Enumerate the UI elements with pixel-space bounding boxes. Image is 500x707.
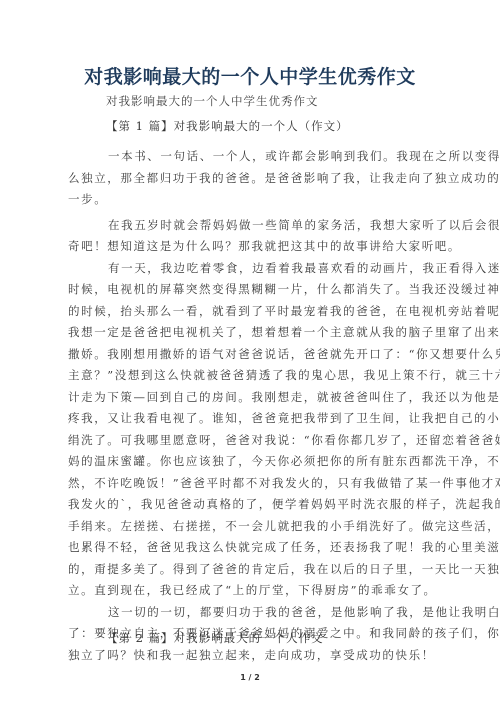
paragraph-line: 奇吧！想知道这是为什么吗？那我就把这其中的故事讲给大家听吧。 [68,236,438,258]
paragraph-line: 计走为下策—回到自己的房间。我刚想走，就被爸爸叫住了，我还以为他是心 [68,387,438,409]
section-heading-1: 【第 1 篇】对我影响最大的一个人（作文） [106,118,349,134]
paragraph-line: 立。直到现在，我已经成了“上的厅堂，下得厨房”的乖乖女了。 [68,580,438,602]
paragraph-line: 绢洗了。可我哪里愿意呀，爸爸对我说：“你看你都几岁了，还留恋着爸爸妈 [68,430,438,452]
paragraph-line: 的，甭提多美了。得到了爸爸的肯定后，我在以后的日子里，一天比一天独 [68,559,438,581]
paragraph-line: 疼我，又让我看电视了。谁知，爸爸竟把我带到了卫生间，让我把自己的小手 [68,408,438,430]
paragraph-line: 这一切的一切，都要归功于我的爸爸，是他影响了我，是他让我明白 [68,602,438,624]
paragraph-line: 独立了吗？快和我一起独立起来，走向成功，享受成功的快乐！ [68,645,438,667]
section-heading-2: 【第 2 篇】对我影响最大的一个人作文 [106,630,324,646]
document-title: 对我影响最大的一个人中学生优秀作文 [0,62,500,89]
paragraph-line: 一本书、一句话、一个人，或许都会影响到我们。我现在之所以变得这 [68,146,438,168]
paragraph-line: 手绢来。左搓搓、右搓搓，不一会儿就把我的小手绢洗好了。做完这些活，我 [68,516,438,538]
paragraph-line: 一步。 [68,189,438,211]
paragraph-line: 的时候，抬头那么一看，就看到了平时最宠着我的爸爸，在电视机旁站着呢。 [68,301,438,323]
paragraph-line: 妈的温床蜜罐。你也应该独了，今天你必须把你的所有脏东西都洗干净，不 [68,451,438,473]
paragraph-line: 我想一定是爸爸把电视机关了，想着想着一个主意就从我的脑子里窜了出来： [68,322,438,344]
paragraph-line: 么独立，那全都归功于我的爸爸。是爸爸影响了我，让我走向了独立成功的第 [68,168,438,190]
essay-body: 一本书、一句话、一个人，或许都会影响到我们。我现在之所以变得这 么独立，那全都归… [68,146,438,666]
paragraph-line: 撒娇。我刚想用撒娇的语气对爸爸说话，爸爸就先开口了：“你又想要什么鬼 [68,344,438,366]
paragraph-line: 也累得不轻，爸爸见我这么快就完成了任务，还表扬我了呢！我的心里美滋滋 [68,537,438,559]
paragraph-line: 在我五岁时就会帮妈妈做一些简单的家务活，我想大家听了以后会很惊 [68,215,438,237]
document-page: 对我影响最大的一个人中学生优秀作文 对我影响最大的一个人中学生优秀作文 【第 1… [0,0,500,707]
paragraph-line: 然，不许吃晚饭！”爸爸平时都不对我发火的，只有我做错了某一件事他才对 [68,473,438,495]
paragraph-line: 主意？”没想到这么快就被爸爸猜透了我的鬼心思，我见上策不行，就三十六 [68,365,438,387]
document-subtitle: 对我影响最大的一个人中学生优秀作文 [106,93,319,109]
paragraph-line: 时候，电视机的屏幕突然变得黑糊糊一片，什么都消失了。当我还没缓过神来 [68,279,438,301]
paragraph-line: 有一天，我边吃着零食，边看着我最喜欢看的动画片，我正看得入迷的 [68,258,438,280]
page-number: 1 / 2 [0,673,500,682]
paragraph-line: 我发火的`，我见爸爸动真格的了，便学着妈妈平时洗衣服的样子，洗起我的小 [68,494,438,516]
